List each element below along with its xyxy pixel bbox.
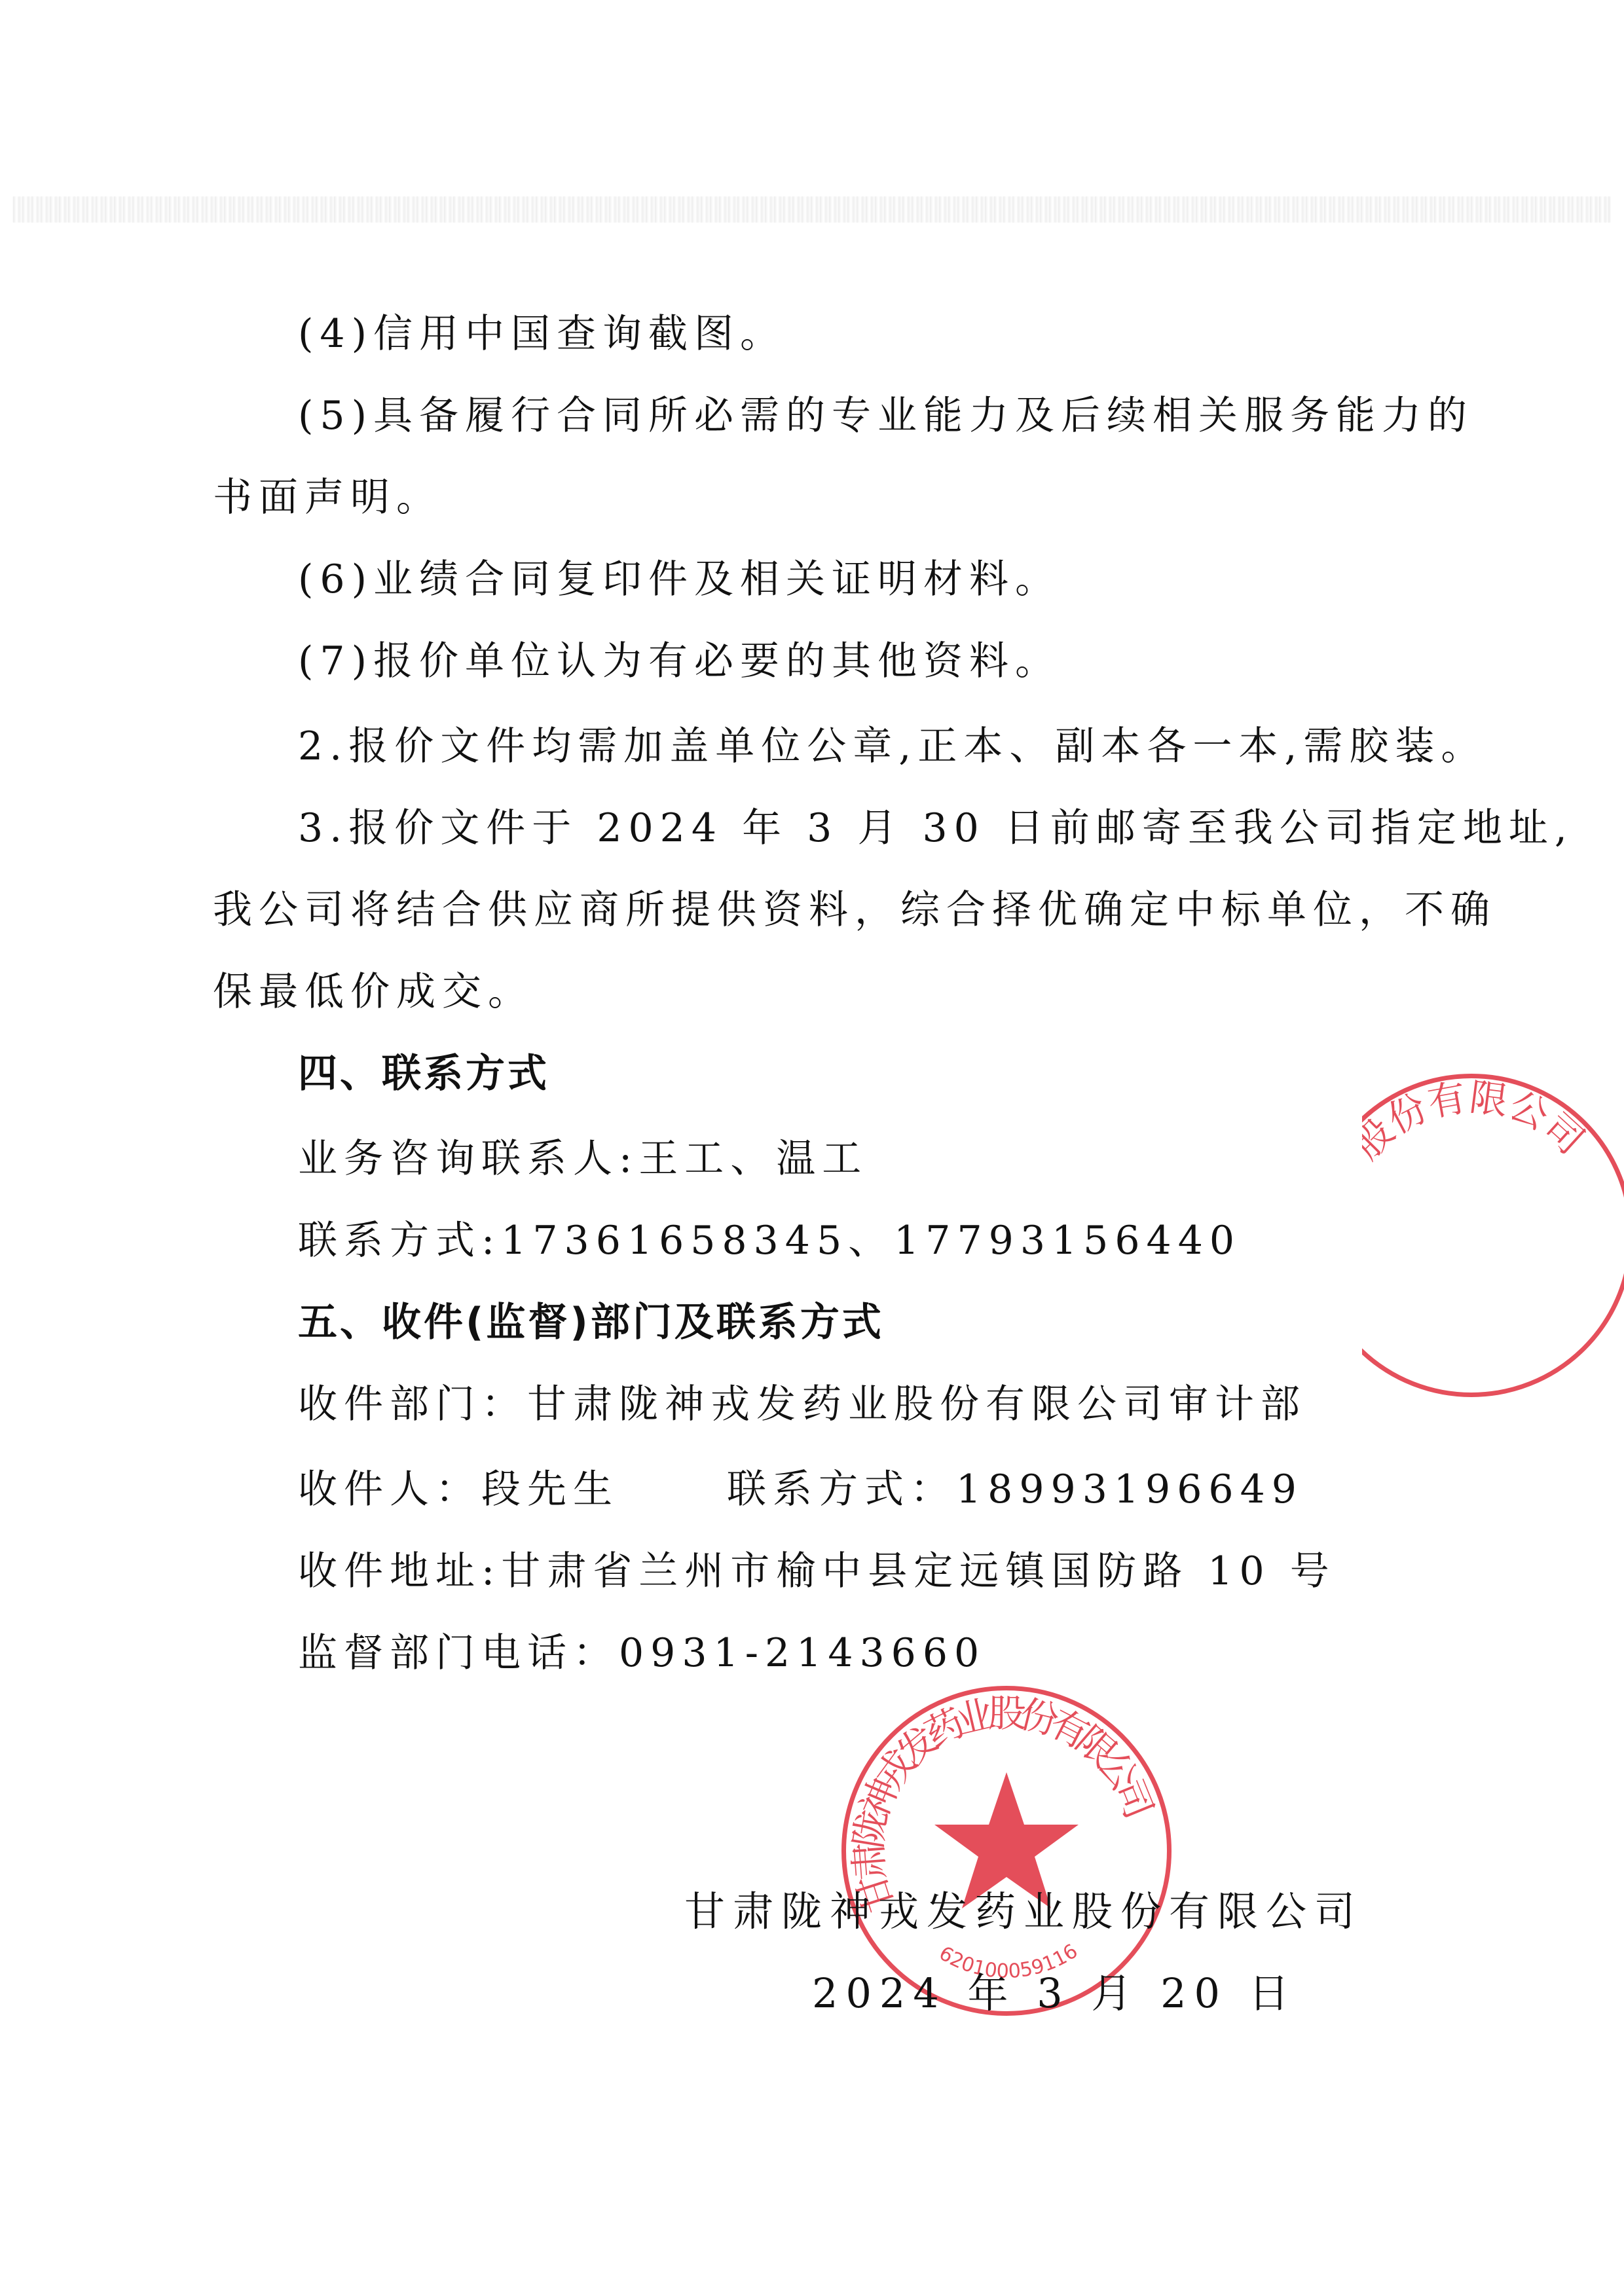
signature-date: 2024 年 3 月 20 日 [812,1967,1297,2020]
requirement-6: (6)业绩合同复印件及相关证明材料。 [298,553,1061,606]
requirement-7: (7)报价单位认为有必要的其他资料。 [298,635,1061,687]
partial-seal-graphic: 股份有限公司 [1362,1078,1624,1393]
section-4-heading: 四、联系方式 [298,1048,549,1100]
stray-dot [1418,757,1422,762]
contact-phone: 联系方式:17361658345、17793156440 [298,1214,1241,1267]
recipient-department: 收件部门：甘肃陇神戎发药业股份有限公司审计部 [298,1378,1306,1430]
clause-3-line-2: 我公司将结合供应商所提供资料，综合择优确定中标单位，不确 [213,884,1496,936]
recipient-name: 收件人：段先生 [298,1463,619,1516]
signature-company: 甘肃陇神戎发药业股份有限公司 [684,1886,1363,1938]
recipient-address: 收件地址:甘肃省兰州市榆中县定远镇国防路 10 号 [298,1545,1336,1597]
requirement-4: (4)信用中国查询截图。 [298,308,786,360]
svg-text:股份有限公司: 股份有限公司 [1362,1074,1593,1167]
company-seal: 甘肃陇神戎发药业股份有限公司 620100059116 [841,1686,1172,2016]
requirement-5-line-2: 书面声明。 [213,471,442,524]
partial-company-seal: 股份有限公司 [1362,1061,1624,1414]
clause-3-line-3: 保最低价成交。 [213,966,534,1018]
contact-person: 业务咨询联系人:王工、温工 [298,1133,868,1185]
supervision-phone: 监督部门电话：0931-2143660 [298,1627,986,1679]
section-5-heading: 五、收件(监督)部门及联系方式 [298,1296,884,1349]
recipient-phone: 联系方式：18993196649 [727,1463,1303,1516]
seal-graphic: 甘肃陇神戎发药业股份有限公司 620100059116 [846,1690,1167,2011]
requirement-5-line-1: (5)具备履行合同所必需的专业能力及后续相关服务能力的 [298,390,1473,442]
scan-header-residue [13,196,1611,223]
clause-3-line-1: 3.报价文件于 2024 年 3 月 30 日前邮寄至我公司指定地址, [298,802,1574,854]
clause-2: 2.报价文件均需加盖单位公章,正本、副本各一本,需胶装。 [298,720,1486,773]
